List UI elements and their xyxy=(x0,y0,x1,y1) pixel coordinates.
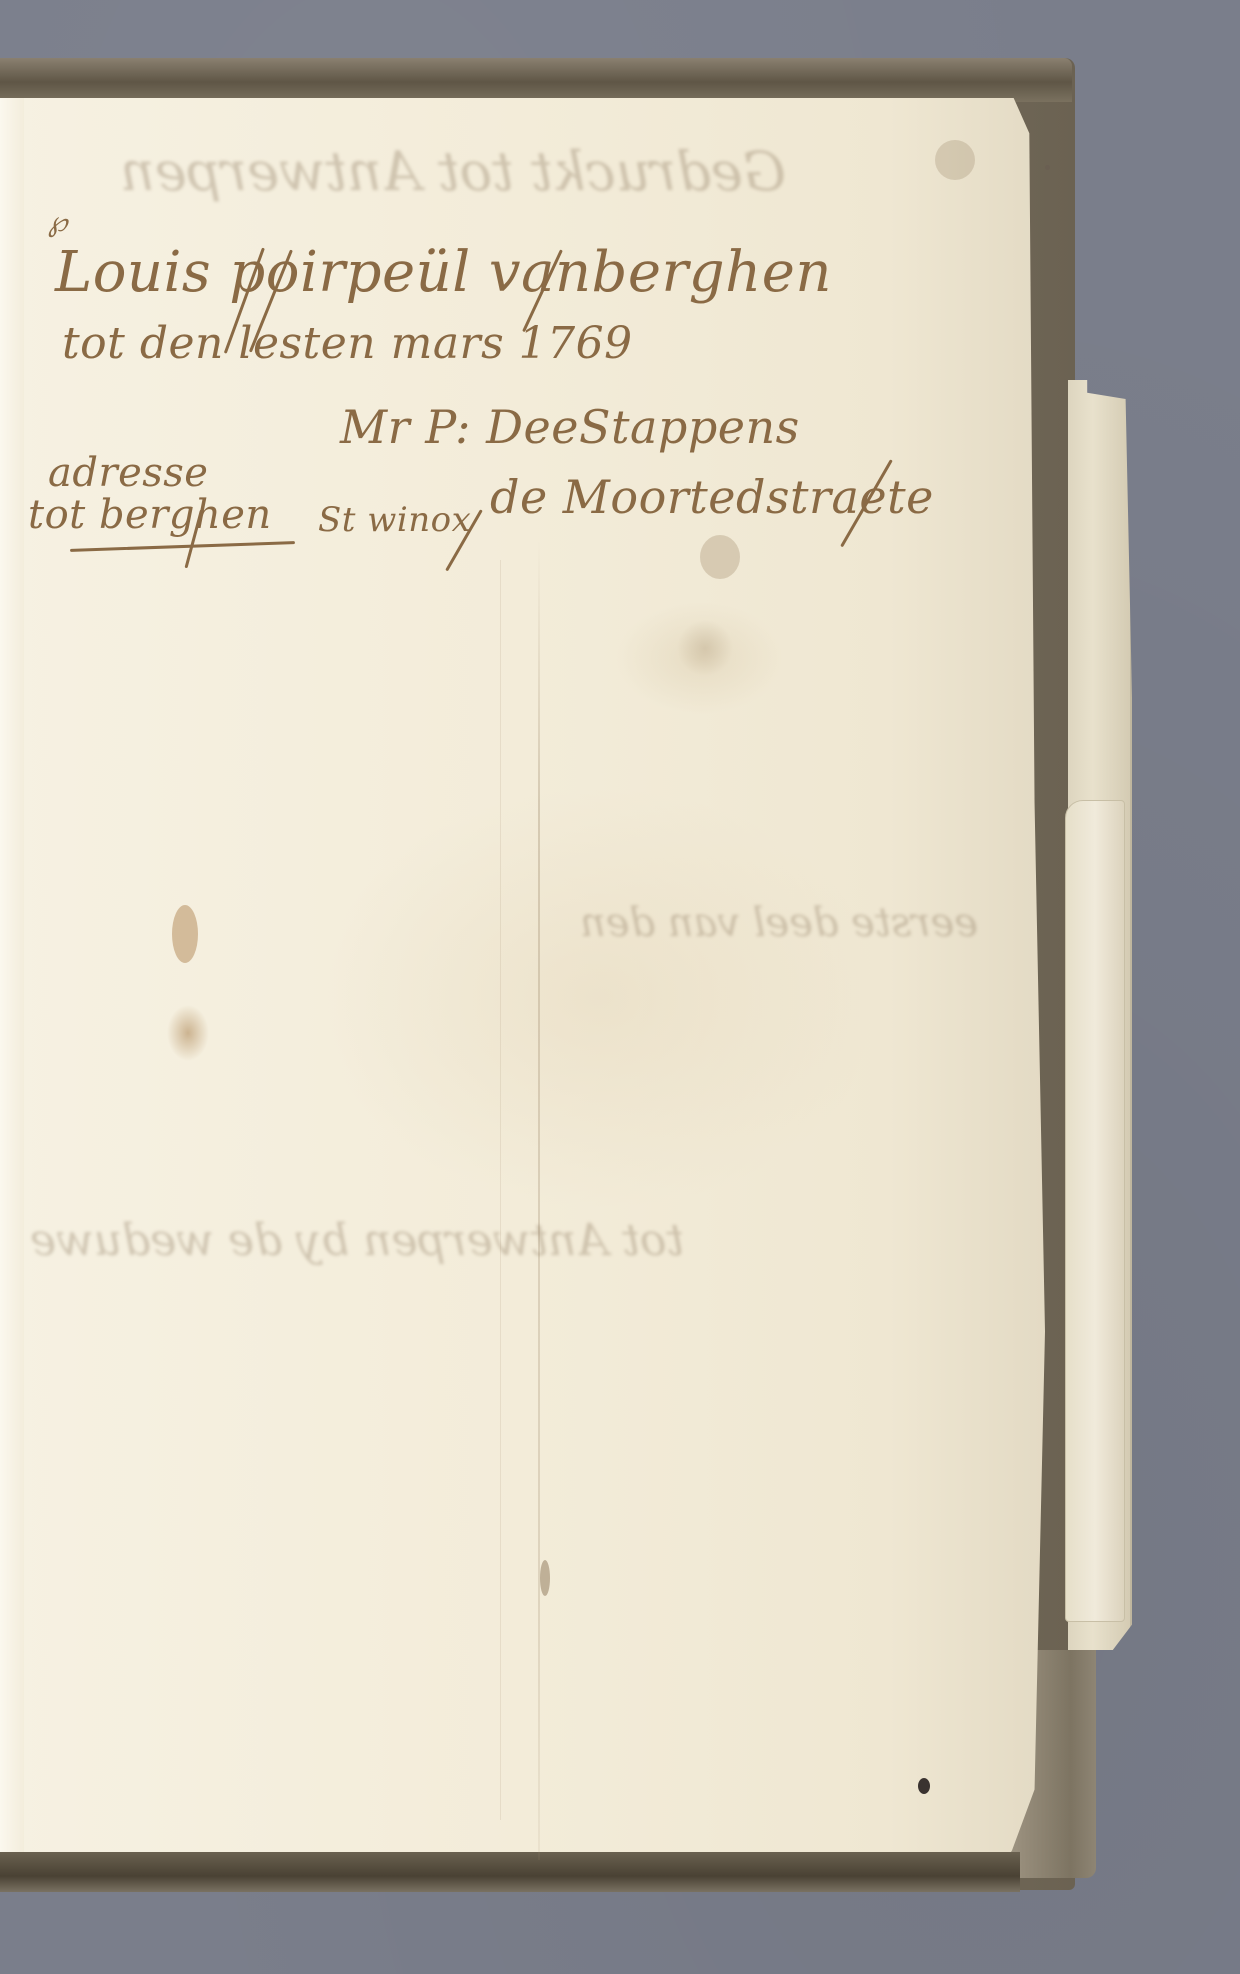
page-tab-inner xyxy=(1065,800,1125,1622)
ink-stain xyxy=(700,535,740,579)
ink-dot xyxy=(918,1778,930,1794)
ink-speck xyxy=(540,1560,550,1596)
bleed-through-text-top: Gedruckt tot Antwerpen xyxy=(120,140,786,203)
fold-crease-secondary xyxy=(500,560,501,1820)
cover-bottom-edge xyxy=(0,1852,1020,1892)
handwriting-line-name: Louis poirpeül vanberghen xyxy=(55,240,832,305)
bleed-through-text-lower: tot Antwerpen by de weduwe xyxy=(30,1215,684,1266)
handwritten-mark: ℘ xyxy=(48,205,68,238)
handwriting-line-saint: St winox xyxy=(318,500,471,540)
cover-top-edge xyxy=(0,58,1072,102)
handwriting-line-town: tot berghen xyxy=(28,492,272,538)
fold-crease xyxy=(538,540,540,1860)
foxing-stain xyxy=(172,905,198,963)
handwriting-line-date: tot den lesten mars 1769 xyxy=(62,318,633,369)
handwriting-line-recipient: Mr P: DeeStappens xyxy=(340,400,800,454)
page-gutter xyxy=(0,98,24,1860)
stain-top-right xyxy=(935,140,975,180)
handwriting-line-adresse: adresse xyxy=(48,450,208,496)
speck xyxy=(1045,165,1050,170)
bleed-through-text-mid: eerste deel van den xyxy=(580,900,978,946)
